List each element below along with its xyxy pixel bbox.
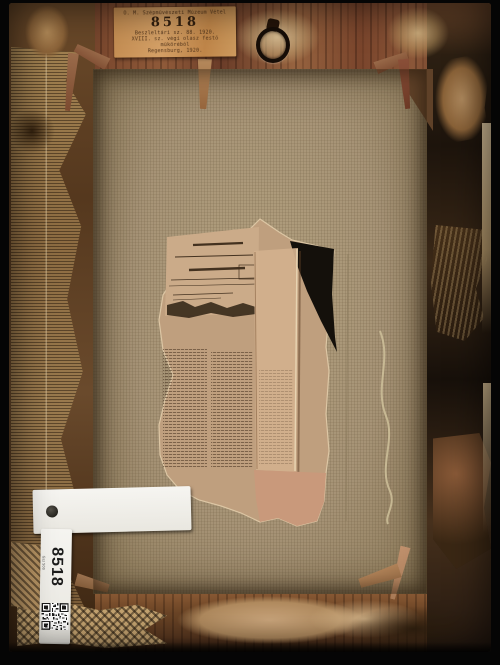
- museum-label: O. M. Szépművészeti Múzeum Vétel 8518 Be…: [114, 6, 237, 57]
- newsprint-column: [211, 351, 253, 467]
- torn-edge-right: [482, 123, 491, 333]
- torn-paper-top-left: [25, 5, 69, 59]
- photo-stage: O. M. Szépművészeti Múzeum Vétel 8518 Be…: [0, 0, 500, 665]
- canvas-crease: [346, 254, 348, 521]
- nail-head: [46, 505, 58, 517]
- inventory-number: 8518: [114, 15, 236, 31]
- newsprint-column: [163, 349, 207, 467]
- paper-remnant-right-top: [435, 55, 489, 143]
- label-line: Regensburg, 1920.: [114, 48, 236, 55]
- torn-edge-right-lower: [483, 383, 491, 533]
- bottom-shadow: [9, 642, 491, 652]
- white-strip-label: [32, 486, 191, 534]
- qr-code-icon: [41, 603, 68, 630]
- hanging-ring-icon: [256, 27, 290, 63]
- inventory-sticker: Gsz 500 8518 Budapest Szépművészeti Múze…: [39, 529, 72, 645]
- label-header: O. M. Szépművészeti Múzeum Vétel: [114, 9, 236, 16]
- worn-patch-top-bar: [387, 7, 449, 59]
- dark-loss-left-bar: [9, 109, 55, 153]
- glue-stain-lines: [380, 331, 392, 524]
- pink-paper-fragment: [254, 470, 326, 526]
- painting-verso: O. M. Szépművészeti Múzeum Vétel 8518 Be…: [9, 3, 491, 652]
- sticker-number: 8518: [46, 547, 65, 587]
